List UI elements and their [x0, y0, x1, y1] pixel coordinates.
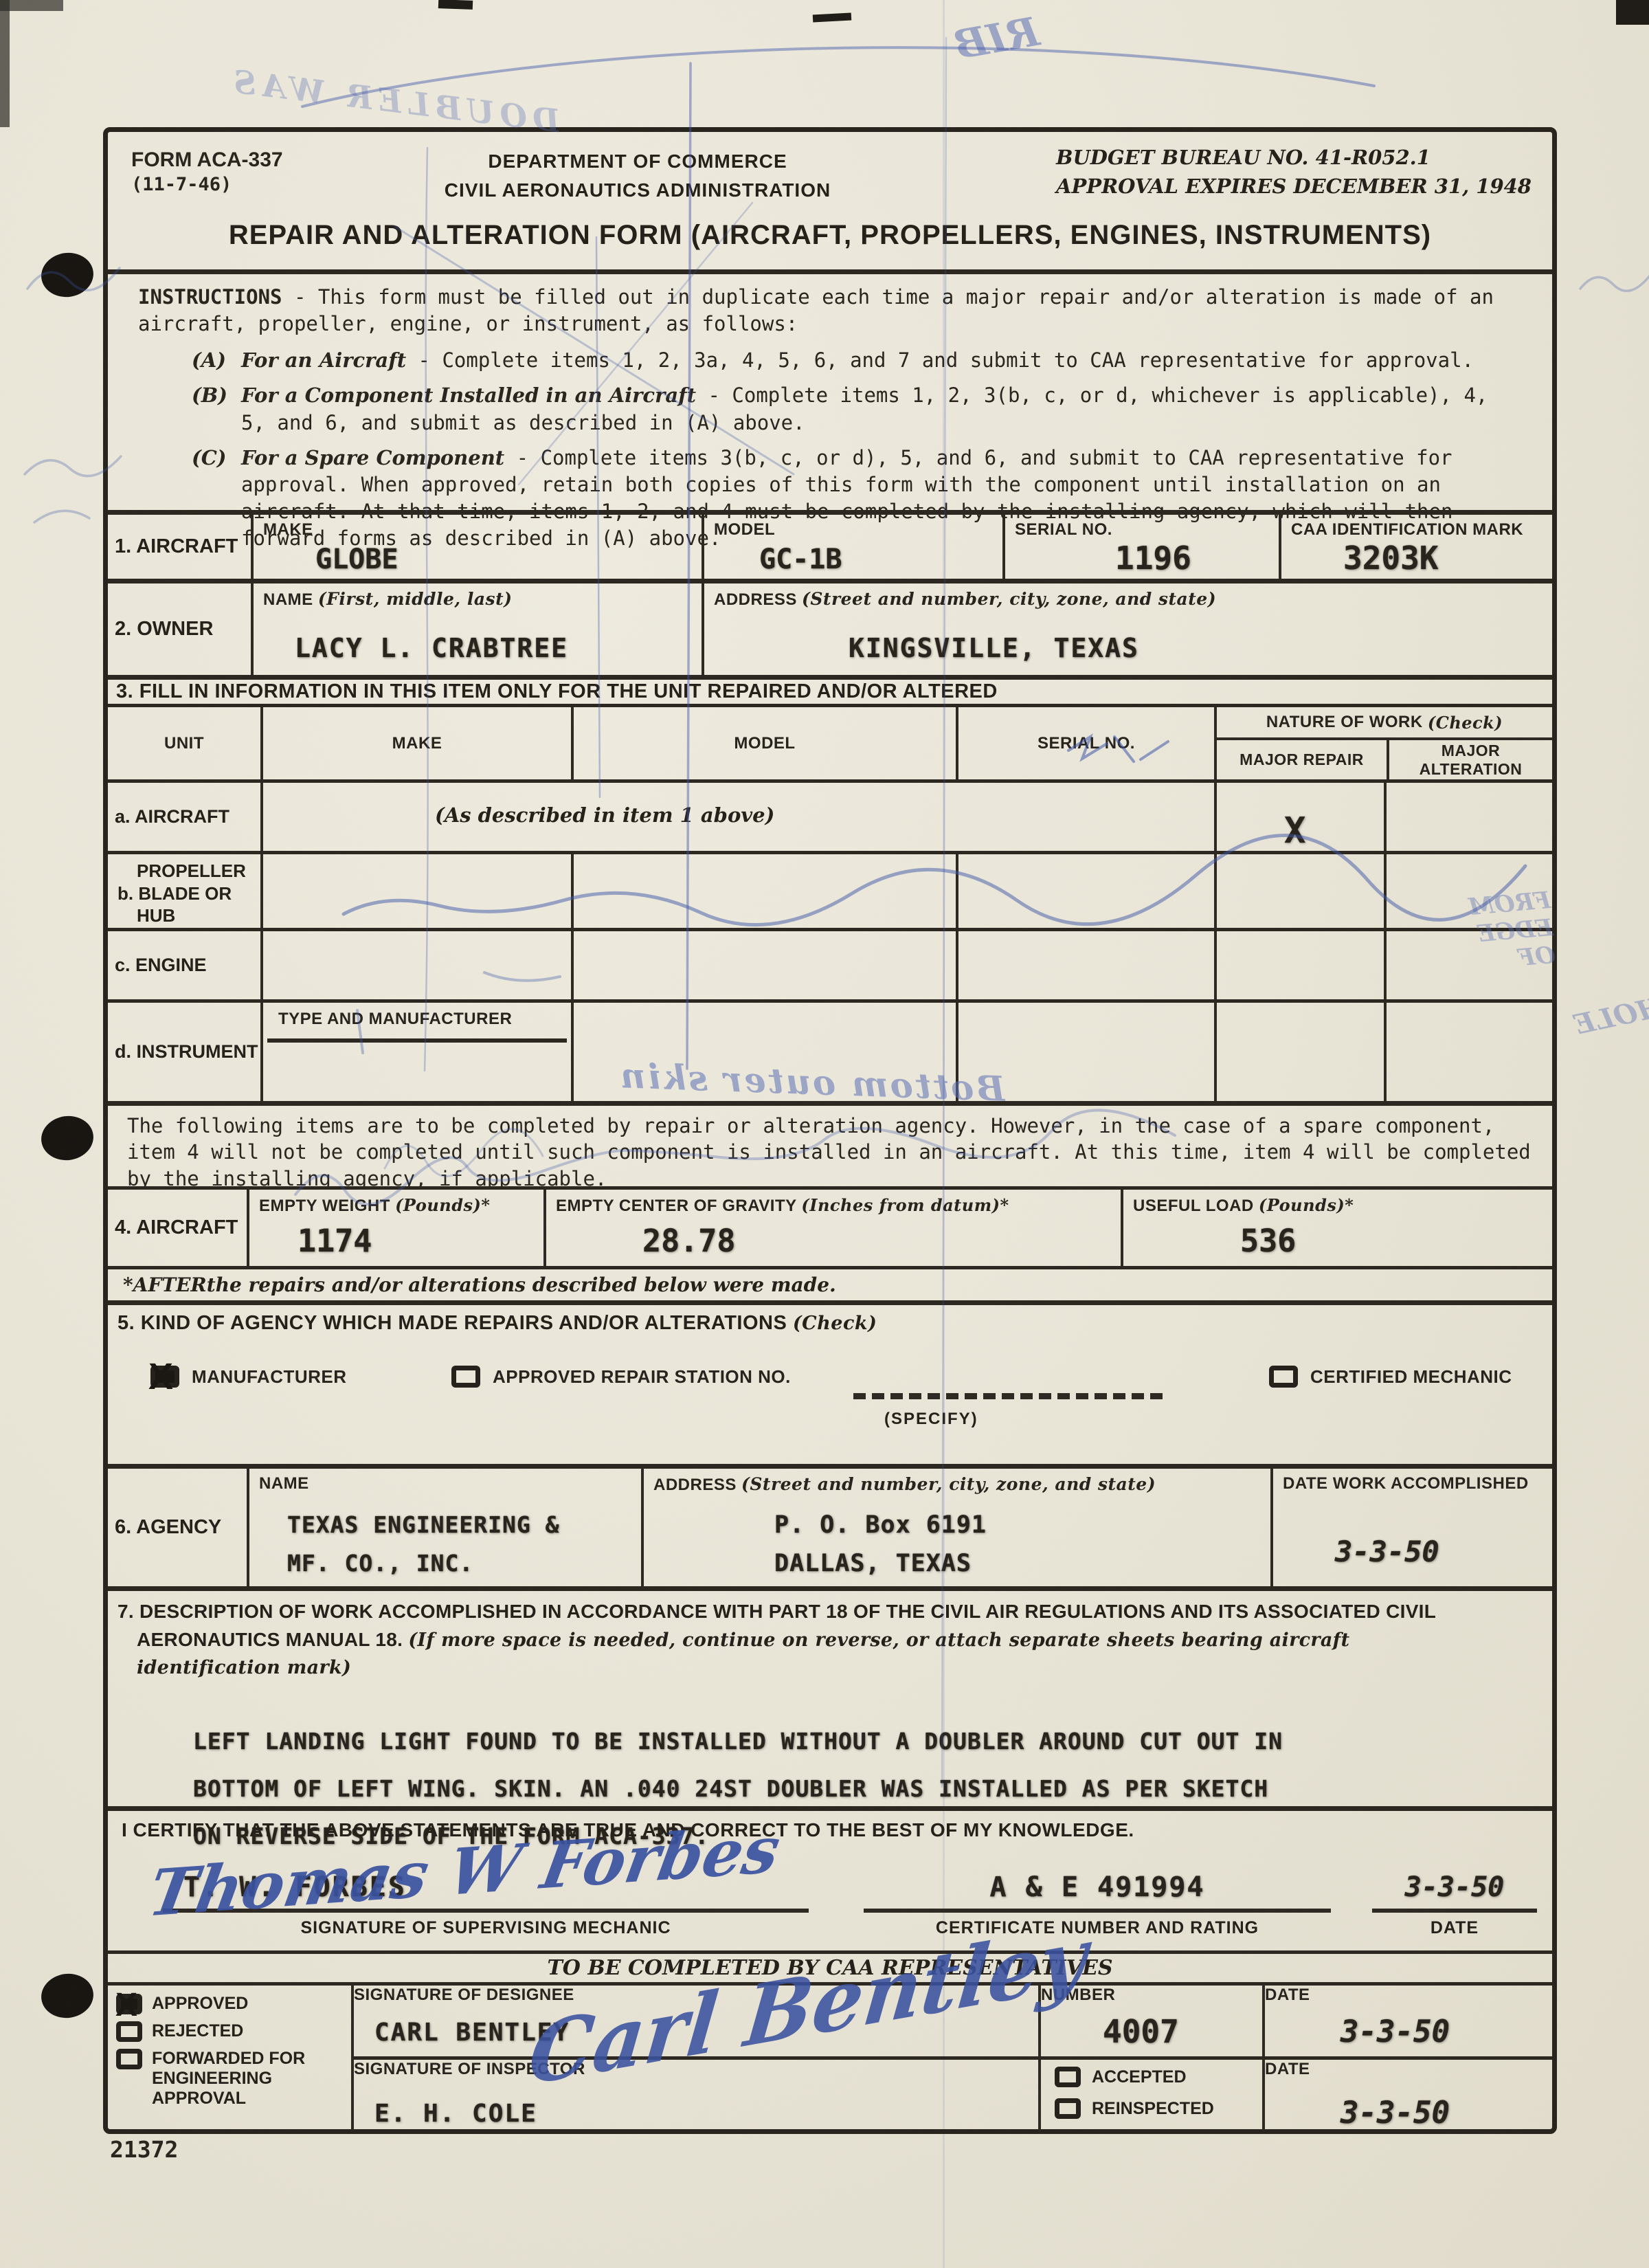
form-title: REPAIR AND ALTERATION FORM (AIRCRAFT, PR… [108, 220, 1552, 251]
repair-station-option: APPROVED REPAIR STATION NO. [451, 1366, 791, 1388]
punch-hole [38, 1970, 96, 2021]
row-a-span-cell: (As described in item 1 above) [260, 783, 1214, 851]
caa-representatives-grid: X APPROVED REJECTED FORWARDED FOR ENGINE… [108, 1982, 1552, 2131]
designee-date-cell: DATE 3-3-50 [1262, 1986, 1552, 2056]
date-work-accomplished-cell: DATE WORK ACCOMPLISHED 3-3-50 [1270, 1469, 1552, 1586]
useful-load-label: USEFUL LOAD (Pounds)* [1133, 1195, 1354, 1216]
item5-heading: 5. KIND OF AGENCY WHICH MADE REPAIRS AND… [117, 1312, 877, 1335]
instructions-section: INSTRUCTIONS - This form must be filled … [108, 269, 1552, 510]
reinspected-checkbox [1055, 2098, 1081, 2119]
inspector-date-cell: DATE 3-3-50 [1262, 2060, 1552, 2131]
empty-weight-cell: EMPTY WEIGHT (Pounds)* 1174 [247, 1190, 543, 1266]
nature-check-note: (Check) [1428, 713, 1503, 733]
row-b-major-repair-cell [1214, 854, 1384, 928]
designee-date-label: DATE [1265, 1986, 1310, 2004]
caa-id-mark-value: 3203K [1343, 540, 1438, 577]
certification-date-block: 3-3-50 DATE [1372, 1871, 1537, 1938]
punch-hole [38, 1113, 96, 1164]
serial-value: 1196 [1115, 540, 1191, 577]
item3-heading: 3. FILL IN INFORMATION IN THIS ITEM ONLY… [108, 675, 1552, 704]
item5-section: 5. KIND OF AGENCY WHICH MADE REPAIRS AND… [108, 1300, 1552, 1464]
item2-address-cell: ADDRESS (Street and number, city, zone, … [702, 583, 1552, 675]
item1-serial-cell: SERIAL NO. 1196 [1002, 515, 1279, 579]
item1-model-cell: MODEL GC-1B [702, 515, 1002, 579]
useful-load-value: 536 [1240, 1223, 1296, 1259]
item7-heading: 7. DESCRIPTION OF WORK ACCOMPLISHED IN A… [117, 1598, 1532, 1682]
repair-station-checkbox [451, 1366, 480, 1388]
reinspected-label: REINSPECTED [1092, 2099, 1214, 2119]
agency-name-value: TEXAS ENGINEERING & MF. CO., INC. [287, 1506, 560, 1583]
cg-label: EMPTY CENTER OF GRAVITY (Inches from dat… [556, 1195, 1009, 1216]
row-b-make-cell [260, 854, 571, 928]
instruction-subject-a: For an Aircraft [241, 348, 406, 372]
cg-value: 28.78 [642, 1223, 735, 1259]
certification-date-line: 3-3-50 [1372, 1871, 1537, 1913]
inspector-date-value: 3-3-50 [1340, 2095, 1450, 2131]
scan-corner-mark [1616, 0, 1649, 25]
bleed-note-hole: HOLE [1571, 991, 1649, 1041]
row-c-major-repair-cell [1214, 931, 1384, 999]
item3-row-aircraft: a. AIRCRAFT (As described in item 1 abov… [108, 779, 1552, 851]
designee-number-value: 4007 [1103, 2013, 1179, 2050]
scan-edge-shadow [0, 0, 10, 127]
certified-mechanic-checkbox [1269, 1366, 1298, 1388]
repair-station-number-line [853, 1393, 1163, 1399]
row-d-major-repair-cell [1214, 1003, 1384, 1101]
col-major-alteration: MAJOR ALTERATION [1387, 740, 1552, 779]
accepted-label: ACCEPTED [1092, 2067, 1187, 2087]
serial-label: SERIAL NO. [1015, 520, 1112, 540]
accepted-checkbox [1055, 2067, 1081, 2087]
col-unit: UNIT [108, 707, 260, 779]
certification-date-label: DATE [1372, 1918, 1537, 1938]
approved-checkmark: X [115, 1986, 137, 2024]
row-b-label: PROPELLER b. BLADE OR HUB [108, 854, 260, 928]
date-work-accomplished-value: 3-3-50 [1335, 1535, 1439, 1568]
forwarded-option: FORWARDED FOR ENGINEERING APPROVAL [116, 2049, 351, 2109]
forwarded-label: FORWARDED FOR ENGINEERING APPROVAL [152, 2049, 305, 2109]
scan-mark [813, 13, 851, 23]
approved-label: APPROVED [152, 1994, 248, 2014]
instruction-item-b: (B) For a Component Installed in an Airc… [241, 382, 1525, 436]
rejected-label: REJECTED [152, 2021, 243, 2041]
item1-label: 1. AIRCRAFT [108, 515, 251, 579]
col-model: MODEL [571, 707, 956, 779]
accepted-option: ACCEPTED [1055, 2067, 1214, 2087]
instruction-subject-c: For a Spare Component [241, 446, 504, 469]
date-work-accomplished-label: DATE WORK ACCOMPLISHED [1283, 1474, 1529, 1493]
row-d-make-cell: TYPE AND MANUFACTURER [260, 1003, 571, 1101]
approved-checkbox: X [116, 1994, 142, 2014]
instructions-lead: INSTRUCTIONS - This form must be filled … [138, 284, 1525, 337]
row-d-label: d. INSTRUMENT [108, 1003, 260, 1101]
instruction-tag-b: (B) [192, 382, 227, 409]
item7-section: 7. DESCRIPTION OF WORK ACCOMPLISHED IN A… [108, 1586, 1552, 1806]
page-stamp-number: 21372 [110, 2136, 178, 2163]
row-a-label: a. AIRCRAFT [108, 783, 260, 851]
form-header: FORM ACA-337 (11-7-46) DEPARTMENT OF COM… [108, 132, 1552, 269]
inspector-date-label: DATE [1265, 2060, 1310, 2078]
item1-caa-mark-cell: CAA IDENTIFICATION MARK 3203K [1279, 515, 1552, 579]
certificate-number-block: A & E 491994 CERTIFICATE NUMBER AND RATI… [864, 1871, 1331, 1938]
item5-check-note: (Check) [793, 1313, 877, 1334]
nature-of-work-label: NATURE OF WORK (Check) [1217, 707, 1552, 740]
row-c-serial-cell [956, 931, 1214, 999]
type-mfr-underline [267, 1038, 567, 1043]
owner-name-value: LACY L. CRABTREE [295, 633, 568, 663]
agency-name-label: NAME [259, 1474, 309, 1493]
instruction-tag-c: (C) [192, 445, 227, 471]
rejected-option: REJECTED [116, 2021, 351, 2042]
item6-label: 6. AGENCY [108, 1469, 247, 1586]
row-c-make-cell [260, 931, 571, 999]
agency-address-cell: ADDRESS (Street and number, city, zone, … [641, 1469, 1270, 1586]
owner-name-label-note: (First, middle, last) [318, 589, 513, 609]
repair-station-label: APPROVED REPAIR STATION NO. [493, 1366, 791, 1388]
row-b-serial-cell [956, 854, 1214, 928]
manufacturer-label: MANUFACTURER [192, 1366, 347, 1388]
certification-section: I CERTIFY THAT THE ABOVE STATEMENTS ARE … [108, 1806, 1552, 1950]
row-a-major-alteration-cell [1384, 783, 1552, 851]
agency-address-label: ADDRESS (Street and number, city, zone, … [653, 1474, 1156, 1495]
model-value: GC-1B [759, 544, 842, 575]
empty-weight-value: 1174 [298, 1223, 372, 1259]
bleed-note-rib: RIB [950, 8, 1042, 69]
work-description-line2: BOTTOM OF LEFT WING. SKIN. AN .040 24ST … [193, 1765, 1532, 1812]
item3-table-header: UNIT MAKE MODEL SERIAL NO. NATURE OF WOR… [108, 704, 1552, 779]
row-a-note: (As described in item 1 above) [435, 803, 774, 827]
forwarded-checkbox [116, 2049, 142, 2069]
owner-name-label: NAME (First, middle, last) [263, 589, 513, 610]
scan-mark [438, 0, 473, 10]
instructions-word: INSTRUCTIONS [138, 285, 282, 309]
agency-name-cell: NAME TEXAS ENGINEERING & MF. CO., INC. [247, 1469, 641, 1586]
item2-label: 2. OWNER [108, 583, 251, 675]
item4-aircraft-row: 4. AIRCRAFT EMPTY WEIGHT (Pounds)* 1174 … [108, 1186, 1552, 1266]
item3-row-propeller: PROPELLER b. BLADE OR HUB [108, 851, 1552, 928]
item6-agency-row: 6. AGENCY NAME TEXAS ENGINEERING & MF. C… [108, 1464, 1552, 1586]
work-description-line1: LEFT LANDING LIGHT FOUND TO BE INSTALLED… [193, 1717, 1532, 1765]
col-major-repair: MAJOR REPAIR [1217, 740, 1387, 779]
item2-name-cell: NAME (First, middle, last) LACY L. CRABT… [251, 583, 702, 675]
department-heading: DEPARTMENT OF COMMERCE CIVIL AERONAUTICS… [108, 147, 1167, 205]
manufacturer-checkmark: X [148, 1355, 173, 1398]
row-a-major-repair-cell: X [1214, 783, 1384, 851]
approved-option: X APPROVED [116, 1994, 351, 2014]
inspector-typed-name: E. H. COLE [374, 2100, 537, 2128]
approval-expires: APPROVAL EXPIRES DECEMBER 31, 1948 [1056, 172, 1532, 201]
designee-signature-cell: SIGNATURE OF DESIGNEE CARL BENTLEY Carl … [354, 1986, 1038, 2056]
caa-decision-checkboxes: X APPROVED REJECTED FORWARDED FOR ENGINE… [108, 1986, 351, 2131]
model-label: MODEL [714, 520, 775, 540]
instructions-lead-text: - This form must be filled out in duplic… [138, 285, 1494, 335]
item3-row-engine: c. ENGINE [108, 928, 1552, 999]
owner-address-label-note: (Street and number, city, zone, and stat… [802, 589, 1216, 609]
col-make: MAKE [260, 707, 571, 779]
budget-bureau-block: BUDGET BUREAU NO. 41-R052.1 APPROVAL EXP… [1056, 143, 1532, 201]
instruction-subject-b: For a Component Installed in an Aircraft [241, 383, 696, 407]
rejected-checkbox [116, 2021, 142, 2042]
certificate-number-line: A & E 491994 [864, 1871, 1331, 1913]
useful-load-cell: USEFUL LOAD (Pounds)* 536 [1121, 1190, 1552, 1266]
manufacturer-checkbox: X [150, 1366, 179, 1388]
empty-weight-label: EMPTY WEIGHT (Pounds)* [259, 1195, 490, 1216]
aca-337-form: FORM ACA-337 (11-7-46) DEPARTMENT OF COM… [103, 127, 1557, 2134]
item5-checkbox-row: X MANUFACTURER APPROVED REPAIR STATION N… [108, 1366, 1552, 1407]
caa-id-mark-label: CAA IDENTIFICATION MARK [1291, 520, 1523, 540]
item4-label: 4. AIRCRAFT [108, 1190, 247, 1266]
item1-aircraft-row: 1. AIRCRAFT MAKE GLOBE MODEL GC-1B SERIA… [108, 510, 1552, 579]
owner-address-value: KINGSVILLE, TEXAS [849, 633, 1139, 663]
department-line-1: DEPARTMENT OF COMMERCE [108, 147, 1167, 176]
certified-mechanic-option: CERTIFIED MECHANIC [1269, 1366, 1512, 1388]
type-and-manufacturer-label: TYPE AND MANUFACTURER [278, 1010, 512, 1029]
designee-date-value: 3-3-50 [1340, 2014, 1450, 2049]
specify-label: (SPECIFY) [884, 1410, 978, 1429]
punch-hole [38, 249, 96, 300]
manufacturer-option: X MANUFACTURER [150, 1366, 347, 1388]
designee-signature-label: SIGNATURE OF DESIGNEE [354, 1986, 574, 2004]
owner-address-label: ADDRESS (Street and number, city, zone, … [714, 589, 1216, 610]
reinspected-option: REINSPECTED [1055, 2098, 1214, 2119]
row-b-model-cell [571, 854, 956, 928]
department-line-2: CIVIL AERONAUTICS ADMINISTRATION [108, 176, 1167, 205]
scanned-form-page: RIB DOUBLER WAS FROM EDGE OF HOLE Bottom… [0, 0, 1649, 2268]
accepted-reinspected-cell: ACCEPTED REINSPECTED [1038, 2060, 1262, 2131]
row-c-model-cell [571, 931, 956, 999]
scan-corner-mark [0, 0, 63, 11]
certified-mechanic-label: CERTIFIED MECHANIC [1310, 1366, 1512, 1388]
certification-date-value: 3-3-50 [1405, 1871, 1505, 1903]
cg-cell: EMPTY CENTER OF GRAVITY (Inches from dat… [543, 1190, 1121, 1266]
instruction-item-a: (A) For an Aircraft - Complete items 1, … [241, 347, 1525, 374]
col-serial: SERIAL NO. [956, 707, 1214, 779]
instruction-text-a: - Complete items 1, 2, 3a, 4, 5, 6, and … [406, 348, 1474, 372]
designee-row: SIGNATURE OF DESIGNEE CARL BENTLEY Carl … [354, 1986, 1552, 2060]
item1-make-cell: MAKE GLOBE [251, 515, 702, 579]
agency-address-value: P. O. Box 6191 DALLAS, TEXAS [774, 1506, 987, 1583]
make-value: GLOBE [315, 544, 398, 575]
col-nature-of-work: NATURE OF WORK (Check) MAJOR REPAIR MAJO… [1214, 707, 1552, 779]
row-c-label: c. ENGINE [108, 931, 260, 999]
caa-main-grid: SIGNATURE OF DESIGNEE CARL BENTLEY Carl … [351, 1986, 1552, 2131]
item2-owner-row: 2. OWNER NAME (First, middle, last) LACY… [108, 579, 1552, 675]
item4-footnote: *AFTER the repairs and/or alterations de… [108, 1266, 1552, 1300]
row-d-major-alteration-cell [1384, 1003, 1552, 1101]
bleed-note-from-edge: FROM EDGE OF [1450, 887, 1557, 977]
budget-bureau-no: BUDGET BUREAU NO. 41-R052.1 [1056, 143, 1532, 172]
instruction-tag-a: (A) [192, 347, 226, 374]
certificate-number-value: A & E 491994 [990, 1871, 1205, 1903]
row-a-repair-mark: X [1284, 810, 1305, 852]
make-label: MAKE [263, 520, 313, 540]
completion-note: The following items are to be completed … [108, 1101, 1552, 1186]
item7-heading-note: (If more space is needed, continue on re… [408, 1630, 1349, 1651]
